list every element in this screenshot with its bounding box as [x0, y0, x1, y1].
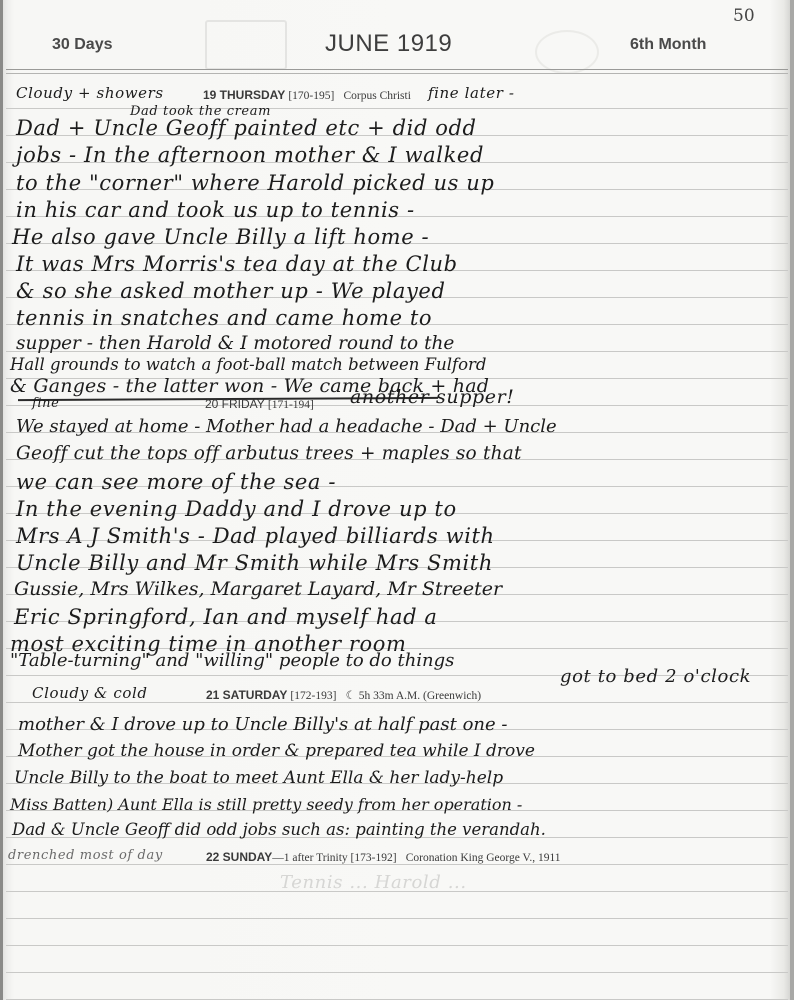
entry-line: We stayed at home - Mother had a headach… — [16, 416, 557, 437]
header-rule — [6, 69, 788, 70]
day-heading-saturday: 21 SATURDAY [172-193] ☾ 5h 33m A.M. (Gre… — [206, 688, 481, 702]
entry-line: Miss Batten) Aunt Ella is still pretty s… — [10, 795, 522, 814]
entry-line: to the "corner" where Harold picked us u… — [16, 171, 494, 195]
day-count: —1 after Trinity [173-192] — [272, 852, 396, 864]
bleed-through-text: Tennis ... Harold ... — [280, 872, 467, 893]
entry-line: Gussie, Mrs Wilkes, Margaret Layard, Mr … — [14, 578, 502, 600]
day-label: 19 THURSDAY — [203, 88, 285, 102]
page-edge-right — [790, 0, 794, 1000]
entry-line: "Table-turning" and "willing" people to … — [10, 650, 454, 671]
page-edge-left — [0, 0, 3, 1000]
entry-line: we can see more of the sea - — [16, 470, 336, 494]
diary-page: 50 30 Days JUNE 1919 6th Month Cloudy + … — [0, 0, 794, 1000]
day-label: 21 SATURDAY — [206, 688, 287, 702]
rule-line — [6, 864, 788, 865]
day-note: Coronation King George V., 1911 — [406, 852, 561, 864]
entry-line: Mother got the house in order & prepared… — [18, 741, 535, 761]
weather-note: Cloudy + showers — [16, 84, 164, 102]
weather-note: drenched most of day — [8, 848, 163, 863]
day-heading-friday: 20 FRIDAY [171-194] — [205, 397, 314, 411]
page-number: 50 — [733, 6, 755, 26]
rule-line — [6, 918, 788, 919]
entry-line: Dad + Uncle Geoff painted etc + did odd — [16, 116, 477, 140]
day-count: [172-193] — [290, 690, 336, 702]
day-count: [171-194] — [268, 399, 314, 411]
day-count: [170-195] — [288, 90, 334, 102]
weather-note: fine — [32, 396, 59, 411]
month-title: JUNE 1919 — [325, 30, 452, 58]
entry-line: Hall grounds to watch a foot-ball match … — [10, 355, 486, 374]
entry-line: He also gave Uncle Billy a lift home - — [12, 225, 429, 249]
entry-line: Eric Springford, Ian and myself had a — [14, 605, 438, 629]
entry-line: got to bed 2 o'clock — [560, 666, 751, 687]
days-in-month: 30 Days — [52, 36, 113, 54]
entry-line: & so she asked mother up - We played — [16, 279, 446, 303]
continuation-note: another supper! — [350, 386, 515, 408]
entry-line: It was Mrs Morris's tea day at the Club — [16, 252, 458, 276]
weather-note: Cloudy & cold — [32, 684, 148, 702]
day-heading-thursday: 19 THURSDAY [170-195] Corpus Christi — [203, 88, 411, 102]
weather-note: fine later - — [428, 84, 515, 102]
day-label: 22 SUNDAY — [206, 850, 272, 864]
rule-line — [6, 108, 788, 109]
bleed-through-mark — [535, 30, 599, 74]
day-note: ☾ 5h 33m A.M. (Greenwich) — [346, 690, 482, 702]
entry-line: Uncle Billy to the boat to meet Aunt Ell… — [14, 768, 503, 788]
entry-line: In the evening Daddy and I drove up to — [16, 497, 457, 521]
entry-line: Dad & Uncle Geoff did odd jobs such as: … — [12, 820, 546, 839]
entry-line: Geoff cut the tops off arbutus trees + m… — [16, 443, 522, 464]
bleed-through-stamp — [205, 20, 287, 70]
entry-line: Mrs A J Smith's - Dad played billiards w… — [16, 524, 495, 548]
month-number: 6th Month — [630, 36, 706, 54]
rule-line — [6, 972, 788, 973]
day-heading-sunday: 22 SUNDAY—1 after Trinity [173-192] Coro… — [206, 850, 561, 864]
rule-line — [6, 702, 788, 703]
entry-line: in his car and took us up to tennis - — [16, 198, 415, 222]
entry-line: supper - then Harold & I motored round t… — [16, 333, 454, 354]
rule-line — [6, 945, 788, 946]
day-note: Corpus Christi — [343, 90, 410, 102]
header-rule — [6, 73, 788, 74]
entry-line: tennis in snatches and came home to — [16, 306, 432, 330]
entry-line: mother & I drove up to Uncle Billy's at … — [18, 714, 507, 735]
day-label: 20 FRIDAY — [205, 397, 265, 411]
entry-line: Uncle Billy and Mr Smith while Mrs Smith — [16, 551, 493, 575]
entry-line: jobs - In the afternoon mother & I walke… — [16, 143, 484, 167]
